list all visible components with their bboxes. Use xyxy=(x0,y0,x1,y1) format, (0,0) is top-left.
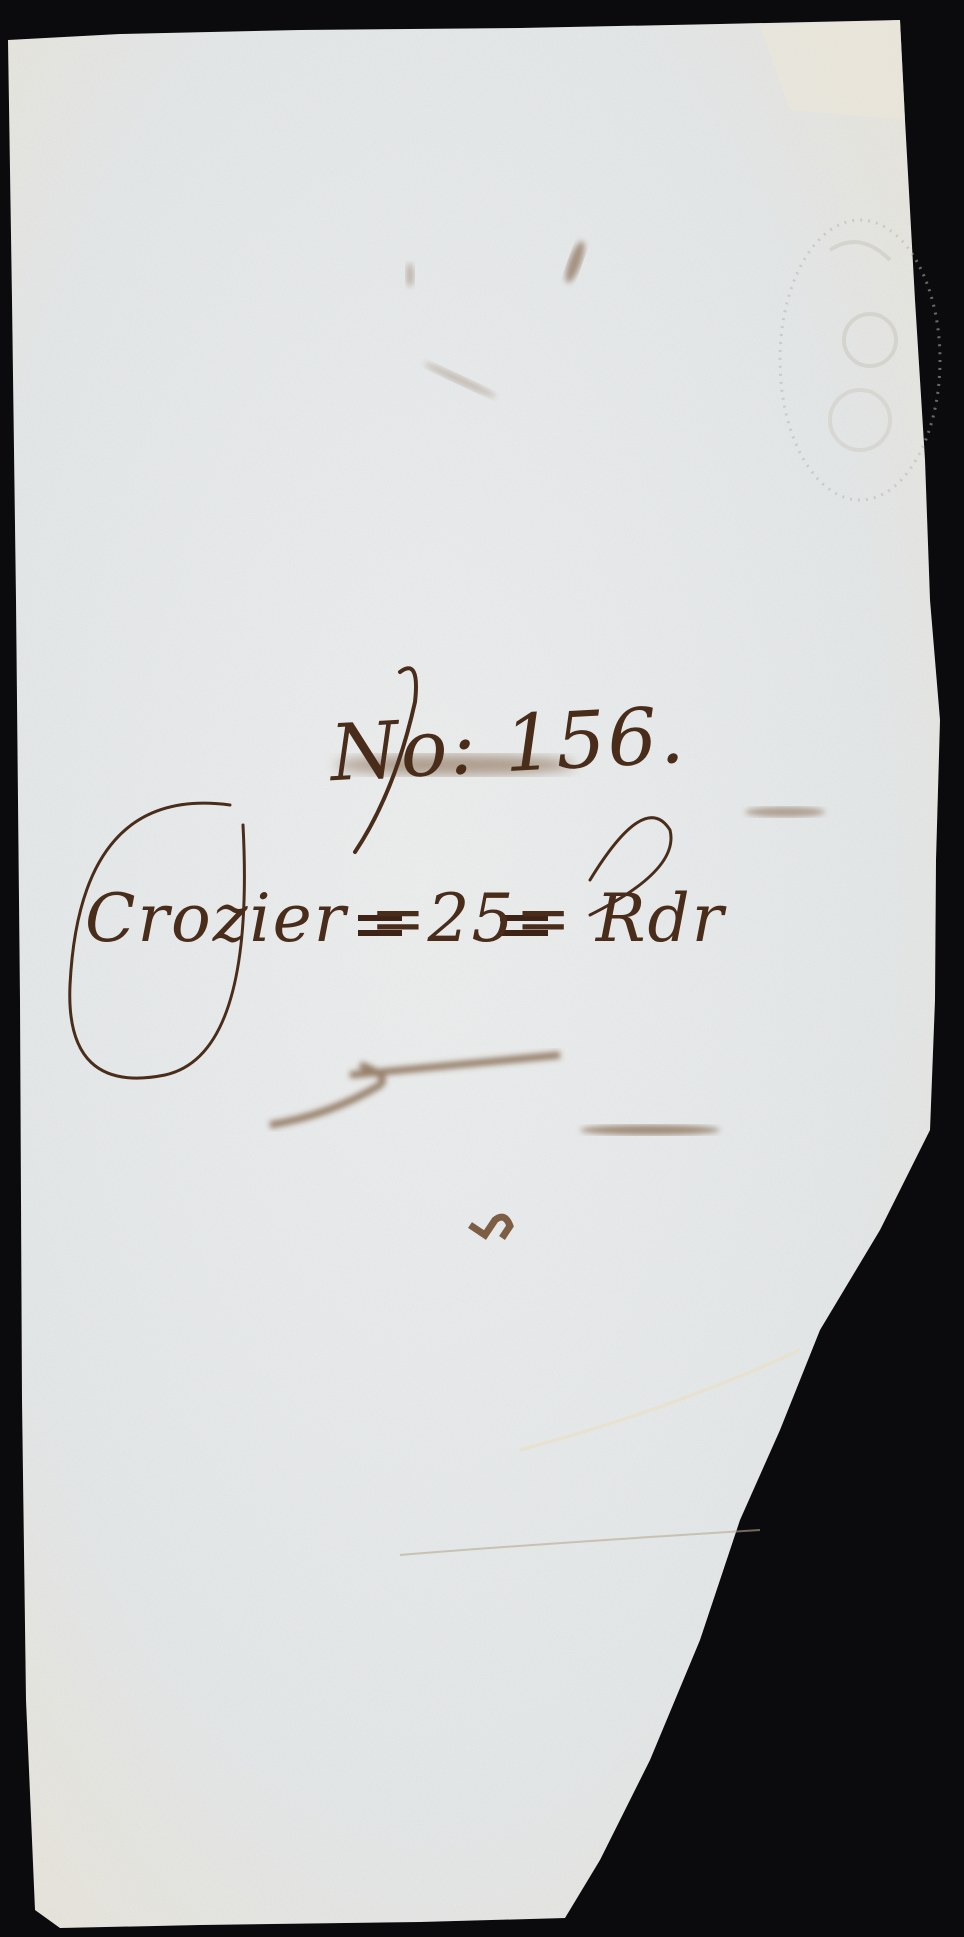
document-scan xyxy=(0,0,964,1937)
